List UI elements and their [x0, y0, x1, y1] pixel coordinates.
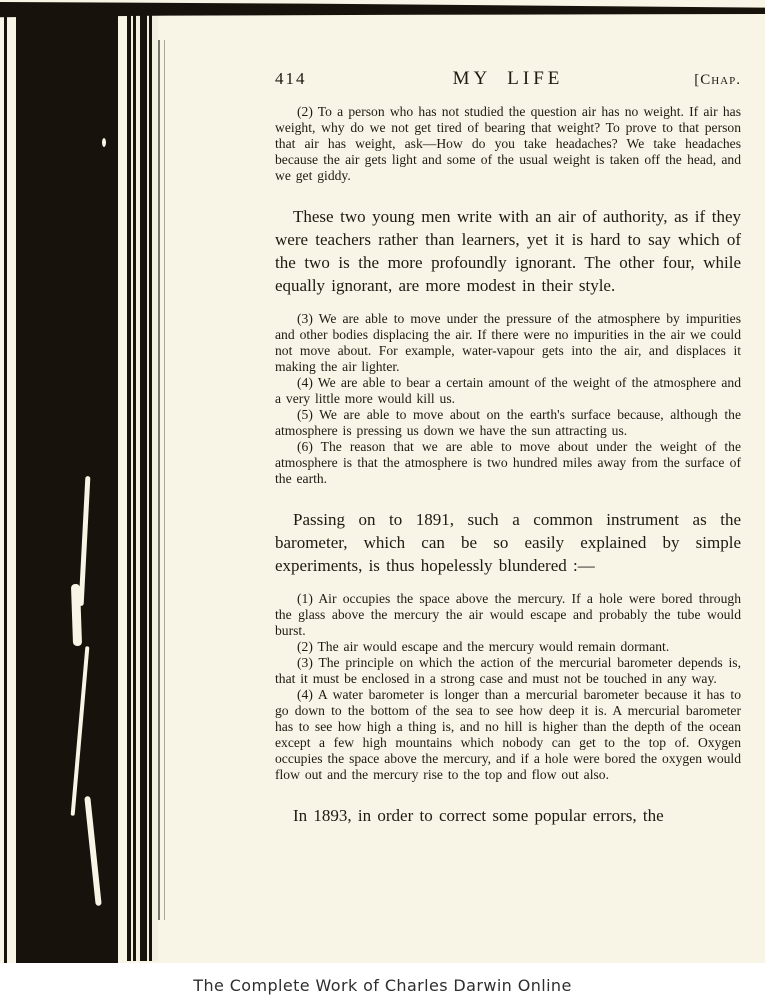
paragraph: (3) The principle on which the action of… [275, 655, 741, 687]
paragraph: (6) The reason that we are able to move … [275, 439, 741, 487]
text-column: 414 MY LIFE [Chap. (2) To a person who h… [275, 68, 741, 827]
paragraph: (2) To a person who has not studied the … [275, 104, 741, 184]
paragraph: (3) We are able to move under the pressu… [275, 311, 741, 375]
spine-highlight [84, 796, 101, 906]
paragraph: These two young men write with an air of… [275, 205, 741, 297]
chapter-label: [Chap. [631, 72, 741, 89]
paragraph: Passing on to 1891, such a common instru… [275, 508, 741, 577]
page-body: (2) To a person who has not studied the … [275, 104, 741, 827]
paragraph: (2) The air would escape and the mercury… [275, 639, 741, 655]
paragraph: (4) We are able to bear a certain amount… [275, 375, 741, 407]
spine-speck [102, 138, 106, 147]
footer-caption: The Complete Work of Charles Darwin Onli… [193, 976, 571, 995]
spine-highlight [79, 476, 91, 606]
paragraph: (1) Air occupies the space above the mer… [275, 591, 741, 639]
spine-highlight [71, 646, 90, 816]
paragraph: (4) A water barometer is longer than a m… [275, 687, 741, 783]
scan-edge-line [4, 8, 7, 972]
scanned-book-page: 414 MY LIFE [Chap. (2) To a person who h… [0, 0, 765, 963]
page-header: 414 MY LIFE [Chap. [275, 68, 741, 90]
page-edge-streaks [127, 6, 158, 961]
paragraph: In 1893, in order to correct some popula… [275, 804, 741, 827]
page-edge-streaks-faint [158, 40, 167, 920]
footer-bar: The Complete Work of Charles Darwin Onli… [0, 963, 765, 1007]
paragraph: (5) We are able to move about on the ear… [275, 407, 741, 439]
book-gutter-shadow [16, 6, 120, 963]
running-title: MY LIFE [385, 68, 631, 90]
page-number: 414 [275, 69, 385, 89]
